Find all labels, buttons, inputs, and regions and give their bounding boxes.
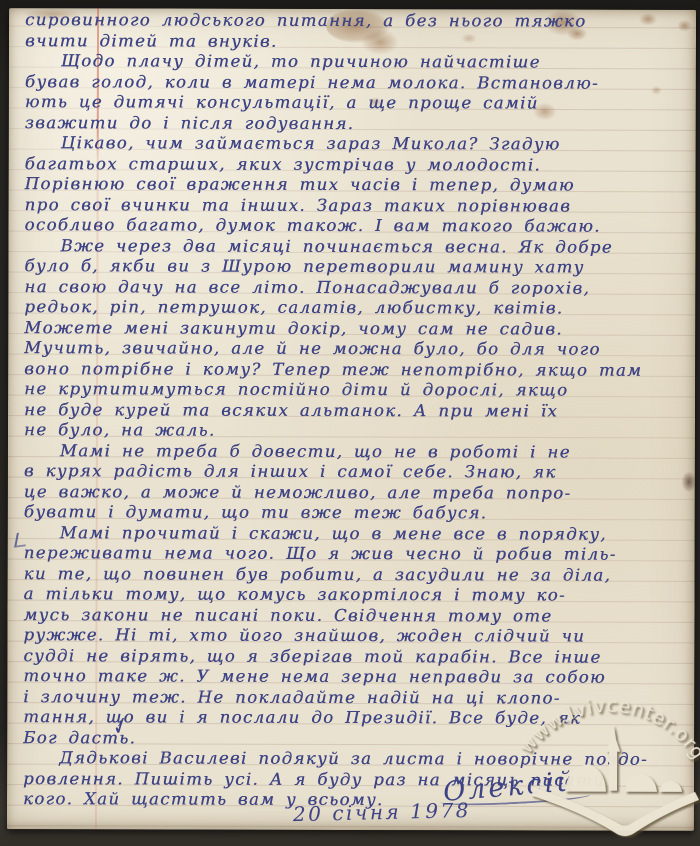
letter-line-text: ки те, що повинен був робити, а засудили… [24, 564, 612, 585]
letter-line-text: ють це дитячі консультації, а ще проще с… [25, 92, 539, 112]
letter-line: переживати нема чого. Що я жив чесно й р… [24, 543, 686, 565]
letter-line-text: Можете мені закинути докір, чому сам не … [24, 318, 563, 338]
letter-line-text: мусь закони не писані поки. Свідчення то… [23, 605, 552, 625]
letter-line-text: про свої вчинки та інших. Зараз таких по… [25, 195, 572, 215]
letter-line-text: Цікаво, чим займається зараз Микола? Зга… [61, 133, 561, 153]
letter-line-text: не крутитимуться постійно діти й дорослі… [24, 379, 568, 399]
letter-line-text: це важко, а може й неможливо, але треба … [24, 482, 572, 502]
letter-line: судді не вірять, що я зберігав той караб… [23, 646, 685, 668]
watermark-dome-far-right-icon [659, 781, 682, 792]
letter-line-text: Мамі не треба б довести, що не в роботі … [60, 441, 571, 461]
letter-line-text: а тільки тому, що комусь закортілося і т… [24, 584, 567, 604]
letter-line-text: Щодо плачу дітей, то причиною найчастіше [61, 51, 541, 71]
letter-line: ружже. Ні ті, хто його знайшов, жоден сл… [23, 625, 685, 647]
letter-line: ють це дитячі консультації, а ще проще с… [25, 92, 687, 114]
letter-line: бував голод, коли в матері нема молока. … [25, 72, 687, 94]
letter-line-text: було б, якби ви з Шурою перетворили мами… [24, 256, 584, 276]
letter-line-text: редьок, ріп, петрушок, салатів, любистку… [24, 297, 563, 317]
letter-line: редьок, ріп, петрушок, салатів, любистку… [24, 297, 686, 319]
letter-line: не крутитимуться постійно діти й дорослі… [24, 379, 686, 401]
letter-line: Мамі прочитай і скажи, що в мене все в п… [24, 523, 686, 545]
letter-line: це важко, а може й неможливо, але треба … [24, 482, 686, 504]
scanned-letter: сировинного людського питання, а без ньо… [0, 0, 700, 846]
letter-line-text: на свою дачу на все літо. Понасаджували … [24, 277, 590, 297]
letter-line-text: Мамі прочитай і скажи, що в мене все в п… [60, 523, 607, 543]
letter-line-text: зважити до і після годування. [25, 113, 355, 133]
letter-line-text: Порівнюю свої враження тих часів і тепер… [25, 174, 575, 194]
letter-line: зважити до і після годування. [25, 113, 687, 135]
letter-line: Вже через два місяці починається весна. … [24, 236, 686, 258]
letter-line-text: особливо багато, думок також. І вам тако… [24, 215, 600, 236]
letter-line: було б, якби ви з Шурою перетворили мами… [24, 256, 686, 278]
letter-line-text: вчити дітей та внуків. [25, 31, 278, 51]
watermark-dome-left-icon [565, 765, 606, 792]
letter-line-text: в курях радість для інших і самої себе. … [24, 461, 557, 481]
letter-line-text: судді не вірять, що я зберігав той караб… [23, 646, 601, 667]
letter-line: в курях радість для інших і самої себе. … [24, 461, 686, 483]
letter-line: точно таке ж. У мене нема зерна неправди… [23, 666, 685, 688]
letter-line: Можете мені закинути докір, чому сам не … [24, 318, 686, 340]
letter-line: а тільки тому, що комусь закортілося і т… [24, 584, 686, 606]
letter-line-text: бував голод, коли в матері нема молока. … [25, 72, 599, 93]
letter-line: воно потрібне і кому? Тепер теж непотріб… [24, 359, 686, 381]
letter-paper: сировинного людського питання, а без ньо… [7, 8, 696, 831]
letter-line: про свої вчинки та інших. Зараз таких по… [25, 195, 687, 217]
lvivcenter-watermark: www.lvivcenter.org [513, 691, 700, 837]
letter-line-text: точно таке ж. У мене нема зерна неправди… [23, 666, 606, 687]
letter-line: Мучить, звичайно, але й не можна було, б… [24, 338, 686, 360]
letter-line-text: Мучить, звичайно, але й не можна було, б… [24, 338, 601, 359]
letter-line: багатьох старших, яких зустрічав у молод… [25, 154, 687, 176]
letter-line-text: воно потрібне і кому? Тепер теж непотріб… [24, 359, 642, 380]
letter-line: мусь закони не писані поки. Свідчення то… [23, 605, 685, 627]
letter-line: Цікаво, чим займається зараз Микола? Зга… [25, 133, 687, 155]
letter-line: вчити дітей та внуків. [25, 31, 687, 53]
letter-line: Мамі не треба б довести, що не в роботі … [24, 441, 686, 463]
letter-line-text: багатьох старших, яких зустрічав у молод… [25, 154, 541, 174]
watermark-tower-icon [606, 725, 620, 791]
letter-line-text: не було, на жаль. [24, 420, 216, 440]
letter-line-text: і злочину теж. Не покладайте надій на ці… [23, 687, 561, 707]
letter-line-text: не буде курей та всяких альтанок. А при … [24, 400, 558, 420]
letter-line: ки те, що повинен був робити, а засудили… [24, 564, 686, 586]
letter-line: Порівнюю свої враження тих часів і тепер… [25, 174, 687, 196]
letter-line-text: сировинного людського питання, а без ньо… [25, 10, 587, 30]
letter-date: 20 січня 1978 [293, 798, 472, 826]
watermark-arc-text: www.lvivcenter.org [515, 694, 700, 764]
letter-line: Щодо плачу дітей, то причиною найчастіше [25, 51, 687, 73]
letter-line: особливо багато, думок також. І вам тако… [24, 215, 686, 237]
letter-line: на свою дачу на все літо. Понасаджували … [24, 277, 686, 299]
letter-line-text: бувати і думати, що ти вже теж бабуся. [24, 502, 488, 522]
letter-line: не було, на жаль. [24, 420, 686, 442]
letter-line-text: тання, що ви і я послали до Президії. Вс… [23, 707, 581, 727]
watermark-open-book-icon [531, 787, 699, 836]
letter-line-text: переживати нема чого. Що я жив чесно й р… [24, 543, 617, 564]
letter-line: сировинного людського питання, а без ньо… [25, 10, 687, 32]
letter-line: не буде курей та всяких альтанок. А при … [24, 400, 686, 422]
letter-line-text: Вже через два місяці починається весна. … [60, 236, 613, 256]
letter-line-text: ружже. Ні ті, хто його знайшов, жоден сл… [23, 625, 585, 645]
letter-line: бувати і думати, що ти вже теж бабуся. [24, 502, 686, 524]
watermark-dome-right-icon [625, 774, 657, 792]
